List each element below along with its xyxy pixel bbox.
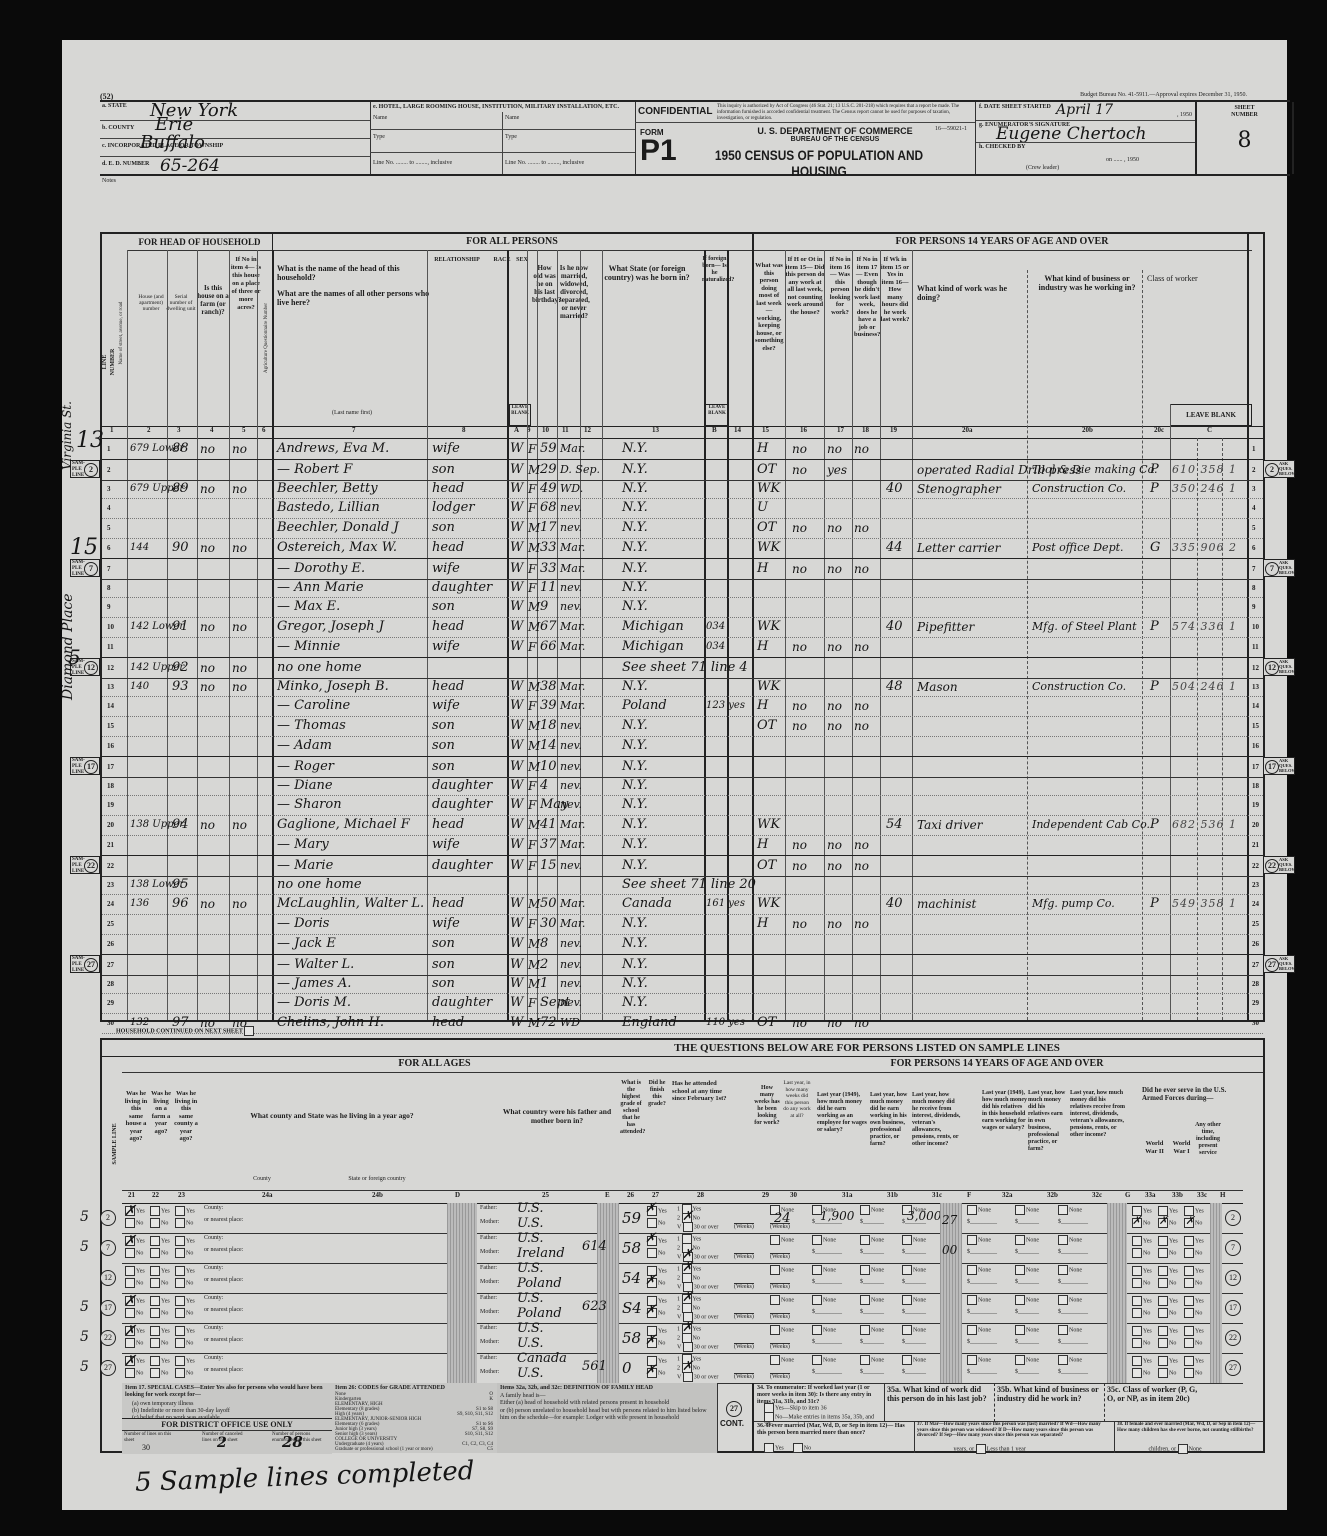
line-number: 6	[107, 538, 111, 558]
q36-text: 36. If ever married (Mar, Wd, D, or Sep …	[757, 1423, 912, 1437]
table-row: 3679 Upper89nonoBeechler, BettyheadWF49W…	[102, 479, 1263, 500]
farm-answer: no	[200, 815, 215, 835]
industry-header: What kind of business or industry was he…	[1032, 274, 1142, 292]
q33c-yes-checkbox[interactable]	[1184, 1236, 1194, 1246]
household-continued-checkbox[interactable]	[244, 1026, 254, 1036]
industry-code: 504 246 1	[1172, 677, 1237, 697]
q33b-no-checkbox[interactable]	[1158, 1278, 1168, 1288]
birthplace: N.Y.	[622, 955, 648, 975]
acres-answer: no	[232, 677, 247, 697]
q33c-yes-checkbox[interactable]	[1184, 1266, 1194, 1276]
q33a-header: World War II	[1142, 1140, 1167, 1155]
line-number-right: 21	[1252, 835, 1259, 855]
line-number-header: LINE NUMBER	[101, 347, 117, 377]
q32a-none-checkbox[interactable]	[967, 1205, 977, 1215]
q32c-none-checkbox[interactable]	[1058, 1205, 1068, 1215]
q33a-yes-checkbox[interactable]	[1132, 1296, 1142, 1306]
sex: F	[528, 856, 536, 876]
cont-number: 27	[726, 1401, 742, 1417]
line-number-right: 29	[1252, 993, 1259, 1013]
q23-yes-checkbox[interactable]	[175, 1236, 185, 1246]
none-label: None	[1026, 1267, 1039, 1273]
q30-none-checkbox[interactable]	[770, 1355, 780, 1365]
q21-answer-mark: ✗	[124, 1353, 136, 1369]
none-label: None	[871, 1297, 884, 1303]
farm-answer: no	[200, 677, 215, 697]
q32a-none-checkbox[interactable]	[967, 1265, 977, 1275]
marital-status: nev.	[560, 993, 582, 1013]
sex-header: SEX	[512, 256, 532, 264]
col-num: F	[967, 1191, 971, 1199]
q30-none-checkbox[interactable]	[770, 1295, 780, 1305]
age: 67	[540, 617, 557, 637]
marital-status: WD	[560, 1013, 580, 1033]
q33c-no-checkbox[interactable]	[1184, 1368, 1194, 1378]
q23-yes-checkbox[interactable]	[175, 1206, 185, 1216]
col-num: 27	[652, 1191, 659, 1199]
no-label: No	[1169, 1370, 1176, 1376]
naturalized: 110 yes	[706, 1013, 745, 1033]
col-num: 14	[734, 426, 741, 434]
yes-label: Yes	[1195, 1268, 1204, 1274]
q32c-none-checkbox[interactable]	[1058, 1235, 1068, 1245]
no-label: No	[161, 1250, 168, 1256]
birthplace: N.Y.	[622, 815, 648, 835]
no-label: No	[1143, 1280, 1150, 1286]
relationship: son	[432, 955, 455, 975]
q22-yes-checkbox[interactable]	[150, 1296, 160, 1306]
relationship: son	[432, 518, 455, 538]
sex: F	[528, 498, 536, 518]
q33c-no-checkbox[interactable]	[1184, 1308, 1194, 1318]
q32c-none-checkbox[interactable]	[1058, 1295, 1068, 1305]
industry: Mfg. of Steel Plant	[1032, 617, 1137, 637]
q23-no-checkbox[interactable]	[175, 1248, 185, 1258]
q31c-none-checkbox[interactable]	[902, 1265, 912, 1275]
q31c-header: Last year, how much money did he receive…	[912, 1092, 962, 1148]
q33a-no-checkbox[interactable]	[1132, 1278, 1142, 1288]
q23-no-checkbox[interactable]	[175, 1308, 185, 1318]
marital-status: nev.	[560, 757, 582, 777]
none-label: None	[1026, 1327, 1039, 1333]
no-label: No	[1195, 1340, 1202, 1346]
q33c-no-checkbox[interactable]	[1184, 1278, 1194, 1288]
none-label: None	[871, 1267, 884, 1273]
occupation: Stenographer	[917, 479, 1001, 499]
street-header: Name of street, avenue, or road	[118, 283, 126, 383]
mother-birthplace: Ireland	[517, 1246, 565, 1261]
q33c-yes-checkbox[interactable]	[1184, 1326, 1194, 1336]
q32b-none-checkbox[interactable]	[1015, 1265, 1025, 1275]
yes-label: Yes	[136, 1238, 145, 1244]
line-number-right: 5	[1252, 518, 1256, 538]
q31b-none-checkbox[interactable]	[860, 1235, 870, 1245]
none-label: None	[978, 1297, 991, 1303]
q31b-none-checkbox[interactable]	[860, 1205, 870, 1215]
none-label: None	[978, 1327, 991, 1333]
q30-header: Last year, in how many weeks did this pe…	[782, 1080, 812, 1119]
race: W	[510, 757, 523, 777]
sex: F	[528, 637, 536, 657]
yes-label: Yes	[693, 1326, 702, 1332]
no-label: No	[1169, 1340, 1176, 1346]
person-name: — Jack E	[277, 934, 336, 954]
q27-answer-mark: ✗	[645, 1303, 656, 1318]
sheet-info-box: f. DATE SHEET STARTED April 17 , 1950 g.…	[975, 102, 1196, 174]
q31b-none-checkbox[interactable]	[860, 1355, 870, 1365]
q33b-yes-checkbox[interactable]	[1158, 1296, 1168, 1306]
none-label: None	[978, 1237, 991, 1243]
q31a-none-checkbox[interactable]	[812, 1295, 822, 1305]
col-num: 18	[862, 426, 869, 434]
q33c-yes-checkbox[interactable]	[1184, 1356, 1194, 1366]
acres-answer: no	[232, 658, 247, 678]
race: W	[510, 538, 523, 558]
none-label: None	[781, 1357, 794, 1363]
relationship: daughter	[432, 578, 492, 598]
q31b-none-checkbox[interactable]	[860, 1325, 870, 1335]
sample-line-number: 12	[1265, 661, 1279, 675]
class-of-worker: P	[1150, 460, 1159, 480]
q33a-no-checkbox[interactable]	[1132, 1368, 1142, 1378]
q33b-no-checkbox[interactable]	[1158, 1338, 1168, 1348]
hours-worked: 44	[886, 538, 903, 558]
county-label: County:	[204, 1325, 223, 1331]
no-label: No	[161, 1310, 168, 1316]
q22-no-checkbox[interactable]	[150, 1218, 160, 1228]
sex: F	[528, 835, 536, 855]
race: W	[510, 677, 523, 697]
looking-for-work: yes	[827, 460, 847, 480]
name-hint: (Last name first)	[312, 409, 392, 417]
q31a-none-checkbox[interactable]	[812, 1325, 822, 1335]
q23-no-checkbox[interactable]	[175, 1278, 185, 1288]
line-number-right: 3	[1252, 479, 1256, 499]
q21-no-checkbox[interactable]	[125, 1218, 135, 1228]
q31b-header: Last year, how much money did he earn wo…	[870, 1092, 910, 1148]
race: W	[510, 439, 523, 459]
yes-label: Yes	[693, 1266, 702, 1272]
sample-line-tag: SAM-PLELINE22	[70, 856, 100, 874]
q36-yes-checkbox[interactable]	[764, 1443, 774, 1453]
q38-children-label: children, or	[1149, 1446, 1177, 1452]
q21-no-checkbox[interactable]	[125, 1368, 135, 1378]
sex: F	[528, 795, 536, 815]
q21-no-checkbox[interactable]	[125, 1308, 135, 1318]
q32a-none-checkbox[interactable]	[967, 1325, 977, 1335]
leave-blank-g	[1107, 1263, 1127, 1293]
none-label: None	[823, 1297, 836, 1303]
sample-line-tag: SAM-PLELINE17	[70, 757, 100, 775]
q38-none-checkbox[interactable]	[1178, 1444, 1188, 1454]
yes-label: Yes	[1143, 1298, 1152, 1304]
col-num: 6	[262, 426, 266, 434]
marital-status: nev.	[560, 856, 582, 876]
yes-label: Yes	[1169, 1358, 1178, 1364]
q37-less-checkbox[interactable]	[976, 1444, 986, 1454]
q30-none-checkbox[interactable]	[770, 1265, 780, 1275]
class-of-worker: P	[1150, 617, 1159, 637]
no-label: No	[136, 1250, 143, 1256]
table-row: 3013297nonoChelins, John H.headWM72WDEng…	[102, 1013, 1263, 1034]
q32b-none-checkbox[interactable]	[1015, 1205, 1025, 1215]
serial-number: 91	[172, 617, 189, 637]
q32b-none-checkbox[interactable]	[1015, 1295, 1025, 1305]
q32b-none-checkbox[interactable]	[1015, 1325, 1025, 1335]
col-num: 28	[697, 1191, 704, 1199]
person-name: — Caroline	[277, 696, 350, 716]
q33b-no-checkbox[interactable]	[1158, 1368, 1168, 1378]
q33a-no-checkbox[interactable]	[1132, 1338, 1142, 1348]
q22-no-checkbox[interactable]	[150, 1248, 160, 1258]
col-num: 5	[242, 426, 246, 434]
farm-header: Is this house on a farm (or ranch)?	[197, 284, 229, 316]
q22-no-checkbox[interactable]	[150, 1278, 160, 1288]
q33c-no-checkbox[interactable]	[1184, 1248, 1194, 1258]
q29-weeks-label: (Weeks)	[734, 1313, 754, 1320]
q23-no-checkbox[interactable]	[175, 1368, 185, 1378]
q27-answer-mark: ✗	[645, 1333, 656, 1348]
any-work-header: If H or Ot in item 15— Did this person d…	[785, 256, 825, 316]
line-number: 18	[107, 776, 114, 796]
col-num: 17	[837, 426, 844, 434]
f-code: 27	[942, 1213, 957, 1227]
line-number: 7	[107, 559, 111, 579]
no-label: No	[161, 1280, 168, 1286]
q33b-no-checkbox[interactable]	[1158, 1248, 1168, 1258]
line-number-right: 23	[1252, 875, 1259, 895]
yes-label: Yes	[693, 1206, 702, 1212]
q23-yes-checkbox[interactable]	[175, 1296, 185, 1306]
birthplace: N.Y.	[622, 498, 648, 518]
q32a-none-checkbox[interactable]	[967, 1295, 977, 1305]
none-label: None	[871, 1327, 884, 1333]
q32c-none-checkbox[interactable]	[1058, 1265, 1068, 1275]
father-birthplace: U.S.	[517, 1231, 543, 1246]
person-name: — Doris M.	[277, 993, 351, 1013]
marital-status: nev.	[560, 974, 582, 994]
yes-label: Yes	[1143, 1238, 1152, 1244]
q22-yes-checkbox[interactable]	[150, 1356, 160, 1366]
table-row: 23138 Lower95no one homeSee sheet 71 lin…	[102, 875, 1263, 896]
hours-worked: 40	[886, 479, 903, 499]
q28-answer-mark: ✗	[682, 1260, 693, 1275]
q33a-yes-checkbox[interactable]	[1132, 1266, 1142, 1276]
activity: WK	[757, 617, 780, 637]
leave-blank-e	[597, 1323, 619, 1353]
q21-no-checkbox[interactable]	[125, 1338, 135, 1348]
q33a-no-checkbox[interactable]	[1132, 1248, 1142, 1258]
name-label-2: Name	[505, 115, 519, 122]
age: 72	[540, 1013, 557, 1033]
mother-label: Mother:	[480, 1369, 499, 1375]
over30-label: 30 or over	[694, 1254, 719, 1260]
q29-weeks-label: (Weeks)	[734, 1253, 754, 1260]
q22-yes-checkbox[interactable]	[150, 1266, 160, 1276]
person-name: Ostereich, Max W.	[277, 538, 397, 558]
none-label: None	[871, 1207, 884, 1213]
q30-weeks-label: (Weeks)	[770, 1283, 790, 1290]
q31c-value: 3,000	[907, 1209, 941, 1223]
q31c-none-checkbox[interactable]	[902, 1325, 912, 1335]
yes-label: Yes	[693, 1356, 702, 1362]
q22-yes-checkbox[interactable]	[150, 1326, 160, 1336]
q30-none-checkbox[interactable]	[770, 1235, 780, 1245]
sex: M	[528, 815, 540, 835]
cont-box: 27 CONT.	[717, 1383, 752, 1453]
industry-code: 574 336 1	[1172, 617, 1237, 637]
activity: WK	[757, 894, 780, 914]
line-number-right: 13	[1252, 677, 1259, 697]
col-num: 3	[177, 426, 181, 434]
looking-for-work: no	[827, 559, 842, 579]
q27-no-checkbox[interactable]	[647, 1218, 657, 1228]
activity: H	[757, 835, 768, 855]
age: 33	[540, 559, 557, 579]
q23-header: Was he living in this same county a year…	[174, 1090, 198, 1143]
line-number: 20	[107, 815, 114, 835]
sex: M	[528, 538, 540, 558]
q23-yes-checkbox[interactable]	[175, 1326, 185, 1336]
sheet-number-value: 8	[1197, 128, 1292, 153]
farm-answer: no	[200, 617, 215, 637]
q28-over30-checkbox[interactable]	[683, 1342, 693, 1352]
q29-header: How many weeks has he been looking for w…	[754, 1085, 780, 1127]
q27-no-checkbox[interactable]	[647, 1248, 657, 1258]
q33a-yes-checkbox[interactable]	[1132, 1236, 1142, 1246]
person-name: — Marie	[277, 856, 333, 876]
no-label: No	[136, 1280, 143, 1286]
col-num: 25	[542, 1191, 549, 1199]
looking-for-work: no	[827, 439, 842, 459]
q29-weeks-label: (Weeks)	[734, 1283, 754, 1290]
line-number-right: 4	[1252, 498, 1256, 518]
highest-grade: 59	[622, 1209, 641, 1227]
father-label: Father:	[480, 1265, 497, 1271]
q31c-none-checkbox[interactable]	[902, 1235, 912, 1245]
f-code: 00	[942, 1243, 957, 1257]
birthplace: N.Y.	[622, 835, 648, 855]
birthplace: N.Y.	[622, 460, 648, 480]
q31b-none-checkbox[interactable]	[860, 1295, 870, 1305]
yes-label: Yes	[161, 1238, 170, 1244]
lines-value: 30	[142, 1443, 150, 1452]
race: W	[510, 955, 523, 975]
relationship: daughter	[432, 856, 492, 876]
sex: M	[528, 518, 540, 538]
q33a-no-checkbox[interactable]	[1132, 1308, 1142, 1318]
activity: H	[757, 914, 768, 934]
q33b-yes-checkbox[interactable]	[1158, 1266, 1168, 1276]
birthplace: N.Y.	[622, 914, 648, 934]
grade-code: 623	[582, 1299, 607, 1314]
industry-code: 350 246 1	[1172, 479, 1237, 499]
budget-note: Budget Bureau No. 41-5911.—Approval expi…	[1080, 92, 1247, 99]
q31c-none-checkbox[interactable]	[902, 1355, 912, 1365]
q30-none-checkbox[interactable]	[770, 1325, 780, 1335]
q31a-none-checkbox[interactable]	[812, 1355, 822, 1365]
table-row: 17— RogersonWM10nev.N.Y.17SAM-PLELINE171…	[102, 756, 1263, 778]
q21-yes-checkbox[interactable]	[125, 1266, 135, 1276]
q32c-none-checkbox[interactable]	[1058, 1355, 1068, 1365]
table-row: 18— DianedaughterWF4nev.N.Y.18	[102, 776, 1263, 797]
grade-code-label: Graduate or professional school (1 year …	[335, 1447, 433, 1452]
q31a-none-checkbox[interactable]	[812, 1265, 822, 1275]
relationship-header: RELATIONSHIP	[432, 256, 482, 264]
no-label: No	[658, 1370, 665, 1376]
mother-birthplace: Poland	[517, 1306, 562, 1321]
q32a-none-checkbox[interactable]	[967, 1235, 977, 1245]
q28-answer-mark: ✗	[682, 1209, 693, 1224]
county-label: County:	[204, 1265, 223, 1271]
q33b-yes-checkbox[interactable]	[1158, 1356, 1168, 1366]
q23-yes-checkbox[interactable]	[175, 1266, 185, 1276]
q22-no-checkbox[interactable]	[150, 1308, 160, 1318]
yes-label: Yes	[1195, 1298, 1204, 1304]
q31b-none-checkbox[interactable]	[860, 1265, 870, 1275]
q23-no-checkbox[interactable]	[175, 1338, 185, 1348]
q33-header: Did he ever serve in the U.S. Armed Forc…	[1142, 1086, 1232, 1102]
q22-yes-checkbox[interactable]	[150, 1206, 160, 1216]
line-no-label-2: Line No.	[505, 160, 526, 166]
person-name: Gregor, Joseph J	[277, 617, 384, 637]
sample-line-number: 2	[84, 463, 98, 477]
none-label: None	[781, 1267, 794, 1273]
table-row: 14— CarolinewifeWF39Mar.Poland123 yesHno…	[102, 696, 1263, 717]
q21-no-checkbox[interactable]	[125, 1278, 135, 1288]
q31a-none-checkbox[interactable]	[812, 1235, 822, 1245]
q33b-no-checkbox[interactable]	[1158, 1308, 1168, 1318]
q32b-none-checkbox[interactable]	[1015, 1355, 1025, 1365]
q33b-yes-checkbox[interactable]	[1158, 1326, 1168, 1336]
q36-no-checkbox[interactable]	[793, 1443, 803, 1453]
hours-header: If Wk in item 15 or Yes in item 16— How …	[880, 256, 910, 324]
sample-column-numbers: 21 22 23 24a 24b D 25 E 26 27 28 29 30 3…	[122, 1190, 1243, 1204]
confidential-text: This inquiry is authorized by Act of Con…	[717, 104, 972, 122]
industry-code: 335 906 2	[1172, 538, 1237, 558]
name-q2-header: What are the names of all other persons …	[277, 289, 437, 307]
col-num: 26	[627, 1191, 634, 1199]
birthplace: N.Y.	[622, 479, 648, 499]
marital-status: Mar.	[560, 914, 585, 934]
q23-no-checkbox[interactable]	[175, 1218, 185, 1228]
q22-no-checkbox[interactable]	[150, 1368, 160, 1378]
yes-label: Yes	[658, 1358, 667, 1364]
line-number: 5	[107, 518, 111, 538]
line-number-right: 2	[1252, 460, 1256, 480]
q33a-yes-checkbox[interactable]	[1132, 1326, 1142, 1336]
q24a-header: County	[212, 1175, 312, 1183]
leave-blank-d	[447, 1233, 477, 1263]
q33b-yes-checkbox[interactable]	[1158, 1236, 1168, 1246]
q21-no-checkbox[interactable]	[125, 1248, 135, 1258]
lines-label: Number of lines on this sheet	[124, 1432, 174, 1443]
q23-yes-checkbox[interactable]	[175, 1356, 185, 1366]
no-label: No	[136, 1220, 143, 1226]
line-number-right: 16	[1252, 736, 1259, 756]
q31c-none-checkbox[interactable]	[902, 1295, 912, 1305]
q33c-no-checkbox[interactable]	[1184, 1338, 1194, 1348]
q32a-none-checkbox[interactable]	[967, 1355, 977, 1365]
q32b-none-checkbox[interactable]	[1015, 1235, 1025, 1245]
q33c-yes-checkbox[interactable]	[1184, 1296, 1194, 1306]
q32c-none-checkbox[interactable]	[1058, 1325, 1068, 1335]
q22-no-checkbox[interactable]	[150, 1338, 160, 1348]
q22-yes-checkbox[interactable]	[150, 1236, 160, 1246]
leave-blank-f	[940, 1263, 962, 1293]
age: 17	[540, 518, 557, 538]
q33a-yes-checkbox[interactable]	[1132, 1356, 1142, 1366]
